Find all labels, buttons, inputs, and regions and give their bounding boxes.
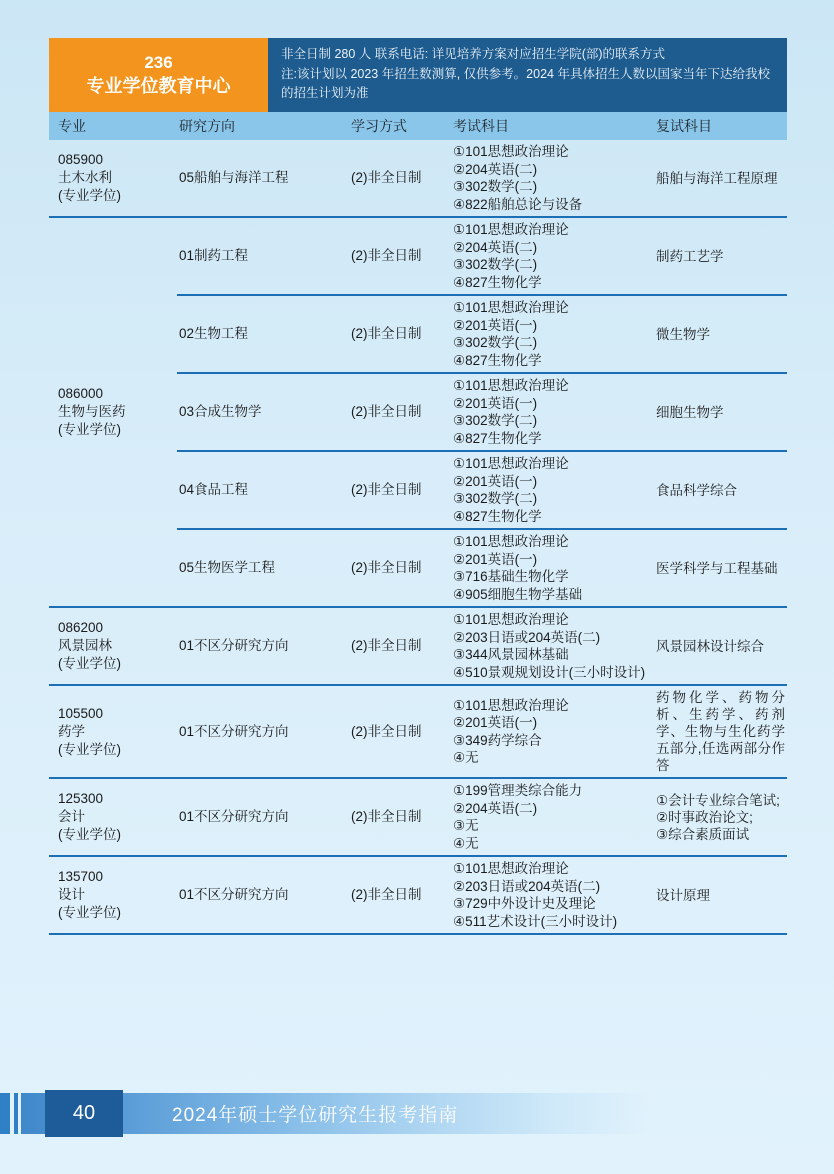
retest-line: 船舶与海洋工程原理 — [656, 170, 785, 187]
major-code: 135700 — [58, 868, 177, 886]
retest-line: ③综合素质面试 — [656, 826, 785, 843]
direction-rows: 01不区分研究方向(2)非全日制①199管理类综合能力②204英语(二)③无④无… — [177, 779, 787, 855]
table-row: 02生物工程(2)非全日制①101思想政治理论②201英语(一)③302数学(二… — [177, 294, 787, 372]
exam-subjects-cell: ①199管理类综合能力②204英语(二)③无④无 — [451, 779, 654, 855]
exam-subject-line: ④827生物化学 — [453, 430, 652, 448]
exam-subject-line: ①101思想政治理论 — [453, 860, 652, 878]
direction-label: 03合成生物学 — [179, 403, 347, 421]
study-mode-cell: (2)非全日制 — [349, 857, 451, 933]
retest-line: 细胞生物学 — [656, 404, 785, 421]
exam-subject-line: ③716基础生物化学 — [453, 568, 652, 586]
exam-subject-line: ④905细胞生物学基础 — [453, 586, 652, 604]
direction-label: 05生物医学工程 — [179, 559, 347, 577]
exam-subject-line: ②201英语(一) — [453, 473, 652, 491]
footer-stripe — [14, 1093, 18, 1134]
table-row: 05船舶与海洋工程(2)非全日制①101思想政治理论②204英语(二)③302数… — [177, 140, 787, 216]
exam-subject-line: ④827生物化学 — [453, 508, 652, 526]
exam-subjects-cell: ①101思想政治理论②201英语(一)③302数学(二)④827生物化学 — [451, 452, 654, 528]
major-name: 土木水利 — [58, 169, 177, 187]
retest-cell: 船舶与海洋工程原理 — [654, 140, 787, 216]
exam-subjects-cell: ①101思想政治理论②204英语(二)③302数学(二)④827生物化学 — [451, 218, 654, 294]
page-number-box: 40 — [45, 1090, 123, 1137]
page-footer: 40 2024年硕士学位研究生报考指南 — [0, 1090, 834, 1140]
direction-cell: 01不区分研究方向 — [177, 686, 349, 777]
exam-subjects-cell: ①101思想政治理论②201英语(一)③716基础生物化学④905细胞生物学基础 — [451, 530, 654, 606]
study-mode-label: (2)非全日制 — [351, 637, 449, 655]
direction-label: 01不区分研究方向 — [179, 723, 347, 741]
direction-rows: 01制药工程(2)非全日制①101思想政治理论②204英语(二)③302数学(二… — [177, 218, 787, 606]
exam-subject-line: ①101思想政治理论 — [453, 533, 652, 551]
exam-subject-line: ②201英语(一) — [453, 551, 652, 569]
retest-line: 微生物学 — [656, 326, 785, 343]
exam-subject-line: ②201英语(一) — [453, 395, 652, 413]
retest-cell: 食品科学综合 — [654, 452, 787, 528]
exam-subject-line: ③344风景园林基础 — [453, 646, 652, 664]
exam-subject-line: ④无 — [453, 749, 652, 767]
exam-subject-line: ③无 — [453, 817, 652, 835]
exam-subject-line: ③302数学(二) — [453, 490, 652, 508]
major-name: 设计 — [58, 886, 177, 904]
retest-cell: 药物化学、药物分析、生药学、药剂学、生物与生化药学五部分,任选两部分作答 — [654, 686, 787, 777]
exam-subject-line: ④511艺术设计(三小时设计) — [453, 913, 652, 931]
major-degree: (专业学位) — [58, 904, 177, 922]
direction-cell: 01不区分研究方向 — [177, 779, 349, 855]
direction-cell: 05船舶与海洋工程 — [177, 140, 349, 216]
exam-subject-line: ③302数学(二) — [453, 334, 652, 352]
section-number: 236 — [144, 52, 172, 74]
study-mode-cell: (2)非全日制 — [349, 140, 451, 216]
exam-subject-line: ④无 — [453, 835, 652, 853]
table-row: 01制药工程(2)非全日制①101思想政治理论②204英语(二)③302数学(二… — [177, 218, 787, 294]
exam-subjects-cell: ①101思想政治理论②201英语(一)③302数学(二)④827生物化学 — [451, 296, 654, 372]
exam-subjects-cell: ①101思想政治理论②203日语或204英语(二)③344风景园林基础④510景… — [451, 608, 654, 684]
major-name: 风景园林 — [58, 637, 177, 655]
major-degree: (专业学位) — [58, 826, 177, 844]
major-cell: 086000生物与医药(专业学位) — [49, 218, 177, 606]
major-code: 085900 — [58, 151, 177, 169]
retest-cell: 风景园林设计综合 — [654, 608, 787, 684]
direction-cell: 01不区分研究方向 — [177, 857, 349, 933]
direction-cell: 04食品工程 — [177, 452, 349, 528]
direction-label: 01制药工程 — [179, 247, 347, 265]
exam-subject-line: ②201英语(一) — [453, 714, 652, 732]
major-degree: (专业学位) — [58, 741, 177, 759]
table-row: 03合成生物学(2)非全日制①101思想政治理论②201英语(一)③302数学(… — [177, 372, 787, 450]
exam-subject-line: ③302数学(二) — [453, 412, 652, 430]
study-mode-label: (2)非全日制 — [351, 559, 449, 577]
retest-cell: 制药工艺学 — [654, 218, 787, 294]
exam-subject-line: ①101思想政治理论 — [453, 697, 652, 715]
major-code: 125300 — [58, 790, 177, 808]
exam-subject-line: ①101思想政治理论 — [453, 221, 652, 239]
table-row: 01不区分研究方向(2)非全日制①101思想政治理论②203日语或204英语(二… — [177, 608, 787, 684]
study-mode-cell: (2)非全日制 — [349, 608, 451, 684]
direction-cell: 03合成生物学 — [177, 374, 349, 450]
exam-subject-line: ②204英语(二) — [453, 800, 652, 818]
major-code: 086000 — [58, 385, 177, 403]
column-header-direction: 研究方向 — [177, 116, 349, 136]
exam-subject-line: ②204英语(二) — [453, 161, 652, 179]
direction-label: 01不区分研究方向 — [179, 808, 347, 826]
footer-title: 2024年硕士学位研究生报考指南 — [172, 1093, 458, 1134]
major-cell: 085900土木水利(专业学位) — [49, 140, 177, 216]
retest-line: 药物化学、药物分析、生药学、药剂学、生物与生化药学五部分,任选两部分作答 — [656, 689, 785, 774]
column-header-retest-subjects: 复试科目 — [654, 116, 787, 136]
retest-line: 医学科学与工程基础 — [656, 560, 785, 577]
exam-subject-line: ②204英语(二) — [453, 239, 652, 257]
direction-cell: 02生物工程 — [177, 296, 349, 372]
exam-subject-line: ①199管理类综合能力 — [453, 782, 652, 800]
exam-subject-line: ①101思想政治理论 — [453, 611, 652, 629]
exam-subject-line: ④822船舶总论与设备 — [453, 196, 652, 214]
exam-subject-line: ④510景观规划设计(三小时设计) — [453, 664, 652, 682]
study-mode-label: (2)非全日制 — [351, 808, 449, 826]
page: { "header": { "section_number": "236", "… — [0, 0, 834, 1174]
major-name: 会计 — [58, 808, 177, 826]
direction-cell: 01不区分研究方向 — [177, 608, 349, 684]
exam-subject-line: ③729中外设计史及理论 — [453, 895, 652, 913]
page-number: 40 — [73, 1102, 95, 1125]
study-mode-label: (2)非全日制 — [351, 481, 449, 499]
direction-cell: 01制药工程 — [177, 218, 349, 294]
major-name: 药学 — [58, 723, 177, 741]
major-group: 105500药学(专业学位)01不区分研究方向(2)非全日制①101思想政治理论… — [49, 684, 787, 777]
section-note: 非全日制 280 人 联系电话: 详见培养方案对应招生学院(部)的联系方式 注:… — [268, 38, 787, 112]
section-badge: 236 专业学位教育中心 — [49, 38, 268, 112]
major-code: 086200 — [58, 619, 177, 637]
study-mode-cell: (2)非全日制 — [349, 530, 451, 606]
study-mode-cell: (2)非全日制 — [349, 218, 451, 294]
exam-subject-line: ③302数学(二) — [453, 256, 652, 274]
table-body: 085900土木水利(专业学位)05船舶与海洋工程(2)非全日制①101思想政治… — [49, 140, 787, 935]
retest-line: ①会计专业综合笔试; — [656, 792, 785, 809]
direction-label: 01不区分研究方向 — [179, 637, 347, 655]
major-cell: 125300会计(专业学位) — [49, 779, 177, 855]
direction-label: 05船舶与海洋工程 — [179, 169, 347, 187]
study-mode-label: (2)非全日制 — [351, 247, 449, 265]
exam-subjects-cell: ①101思想政治理论②203日语或204英语(二)③729中外设计史及理论④51… — [451, 857, 654, 933]
exam-subject-line: ②203日语或204英语(二) — [453, 878, 652, 896]
table-row: 01不区分研究方向(2)非全日制①199管理类综合能力②204英语(二)③无④无… — [177, 779, 787, 855]
column-header-exam-subjects: 考试科目 — [451, 116, 654, 136]
retest-line: 制药工艺学 — [656, 248, 785, 265]
study-mode-cell: (2)非全日制 — [349, 296, 451, 372]
direction-rows: 01不区分研究方向(2)非全日制①101思想政治理论②203日语或204英语(二… — [177, 608, 787, 684]
study-mode-cell: (2)非全日制 — [349, 779, 451, 855]
exam-subject-line: ④827生物化学 — [453, 274, 652, 292]
note-line-2: 注:该计划以 2023 年招生数测算, 仅供参考。2024 年具体招生人数以国家… — [281, 65, 777, 104]
major-name: 生物与医药 — [58, 403, 177, 421]
exam-subject-line: ①101思想政治理论 — [453, 143, 652, 161]
direction-label: 02生物工程 — [179, 325, 347, 343]
major-group: 086000生物与医药(专业学位)01制药工程(2)非全日制①101思想政治理论… — [49, 216, 787, 606]
retest-cell: 医学科学与工程基础 — [654, 530, 787, 606]
study-mode-label: (2)非全日制 — [351, 886, 449, 904]
exam-subject-line: ①101思想政治理论 — [453, 455, 652, 473]
major-cell: 086200风景园林(专业学位) — [49, 608, 177, 684]
column-header-major: 专业 — [49, 116, 177, 136]
table-column-header: 专业 研究方向 学习方式 考试科目 复试科目 — [49, 112, 787, 140]
retest-line: 风景园林设计综合 — [656, 638, 785, 655]
major-cell: 105500药学(专业学位) — [49, 686, 177, 777]
exam-subjects-cell: ①101思想政治理论②201英语(一)③302数学(二)④827生物化学 — [451, 374, 654, 450]
study-mode-cell: (2)非全日制 — [349, 452, 451, 528]
section-header: 236 专业学位教育中心 非全日制 280 人 联系电话: 详见培养方案对应招生… — [49, 38, 787, 112]
retest-cell: 细胞生物学 — [654, 374, 787, 450]
column-header-study-mode: 学习方式 — [349, 116, 451, 136]
exam-subject-line: ②203日语或204英语(二) — [453, 629, 652, 647]
direction-rows: 05船舶与海洋工程(2)非全日制①101思想政治理论②204英语(二)③302数… — [177, 140, 787, 216]
retest-line: ②时事政治论文; — [656, 809, 785, 826]
table-row: 01不区分研究方向(2)非全日制①101思想政治理论②201英语(一)③349药… — [177, 686, 787, 777]
exam-subjects-cell: ①101思想政治理论②201英语(一)③349药学综合④无 — [451, 686, 654, 777]
major-group: 125300会计(专业学位)01不区分研究方向(2)非全日制①199管理类综合能… — [49, 777, 787, 855]
exam-subject-line: ③302数学(二) — [453, 178, 652, 196]
table-row: 05生物医学工程(2)非全日制①101思想政治理论②201英语(一)③716基础… — [177, 528, 787, 606]
exam-subject-line: ①101思想政治理论 — [453, 299, 652, 317]
study-mode-label: (2)非全日制 — [351, 169, 449, 187]
exam-subject-line: ①101思想政治理论 — [453, 377, 652, 395]
major-group: 135700设计(专业学位)01不区分研究方向(2)非全日制①101思想政治理论… — [49, 855, 787, 933]
retest-cell: ①会计专业综合笔试;②时事政治论文;③综合素质面试 — [654, 779, 787, 855]
direction-cell: 05生物医学工程 — [177, 530, 349, 606]
major-degree: (专业学位) — [58, 655, 177, 673]
major-code: 105500 — [58, 705, 177, 723]
direction-rows: 01不区分研究方向(2)非全日制①101思想政治理论②203日语或204英语(二… — [177, 857, 787, 933]
study-mode-cell: (2)非全日制 — [349, 374, 451, 450]
exam-subject-line: ④827生物化学 — [453, 352, 652, 370]
page-content: 236 专业学位教育中心 非全日制 280 人 联系电话: 详见培养方案对应招生… — [49, 38, 787, 935]
note-line-1: 非全日制 280 人 联系电话: 详见培养方案对应招生学院(部)的联系方式 — [281, 45, 777, 65]
table-row: 04食品工程(2)非全日制①101思想政治理论②201英语(一)③302数学(二… — [177, 450, 787, 528]
exam-subject-line: ③349药学综合 — [453, 732, 652, 750]
study-mode-label: (2)非全日制 — [351, 403, 449, 421]
major-group: 085900土木水利(专业学位)05船舶与海洋工程(2)非全日制①101思想政治… — [49, 140, 787, 216]
study-mode-cell: (2)非全日制 — [349, 686, 451, 777]
retest-cell: 设计原理 — [654, 857, 787, 933]
direction-label: 01不区分研究方向 — [179, 886, 347, 904]
direction-rows: 01不区分研究方向(2)非全日制①101思想政治理论②201英语(一)③349药… — [177, 686, 787, 777]
table-row: 01不区分研究方向(2)非全日制①101思想政治理论②203日语或204英语(二… — [177, 857, 787, 933]
major-group: 086200风景园林(专业学位)01不区分研究方向(2)非全日制①101思想政治… — [49, 606, 787, 684]
exam-subject-line: ②201英语(一) — [453, 317, 652, 335]
major-degree: (专业学位) — [58, 187, 177, 205]
study-mode-label: (2)非全日制 — [351, 325, 449, 343]
section-title: 专业学位教育中心 — [87, 74, 231, 98]
direction-label: 04食品工程 — [179, 481, 347, 499]
footer-edge-block — [0, 1093, 10, 1134]
retest-line: 设计原理 — [656, 887, 785, 904]
study-mode-label: (2)非全日制 — [351, 723, 449, 741]
retest-line: 食品科学综合 — [656, 482, 785, 499]
major-cell: 135700设计(专业学位) — [49, 857, 177, 933]
major-degree: (专业学位) — [58, 421, 177, 439]
retest-cell: 微生物学 — [654, 296, 787, 372]
exam-subjects-cell: ①101思想政治理论②204英语(二)③302数学(二)④822船舶总论与设备 — [451, 140, 654, 216]
